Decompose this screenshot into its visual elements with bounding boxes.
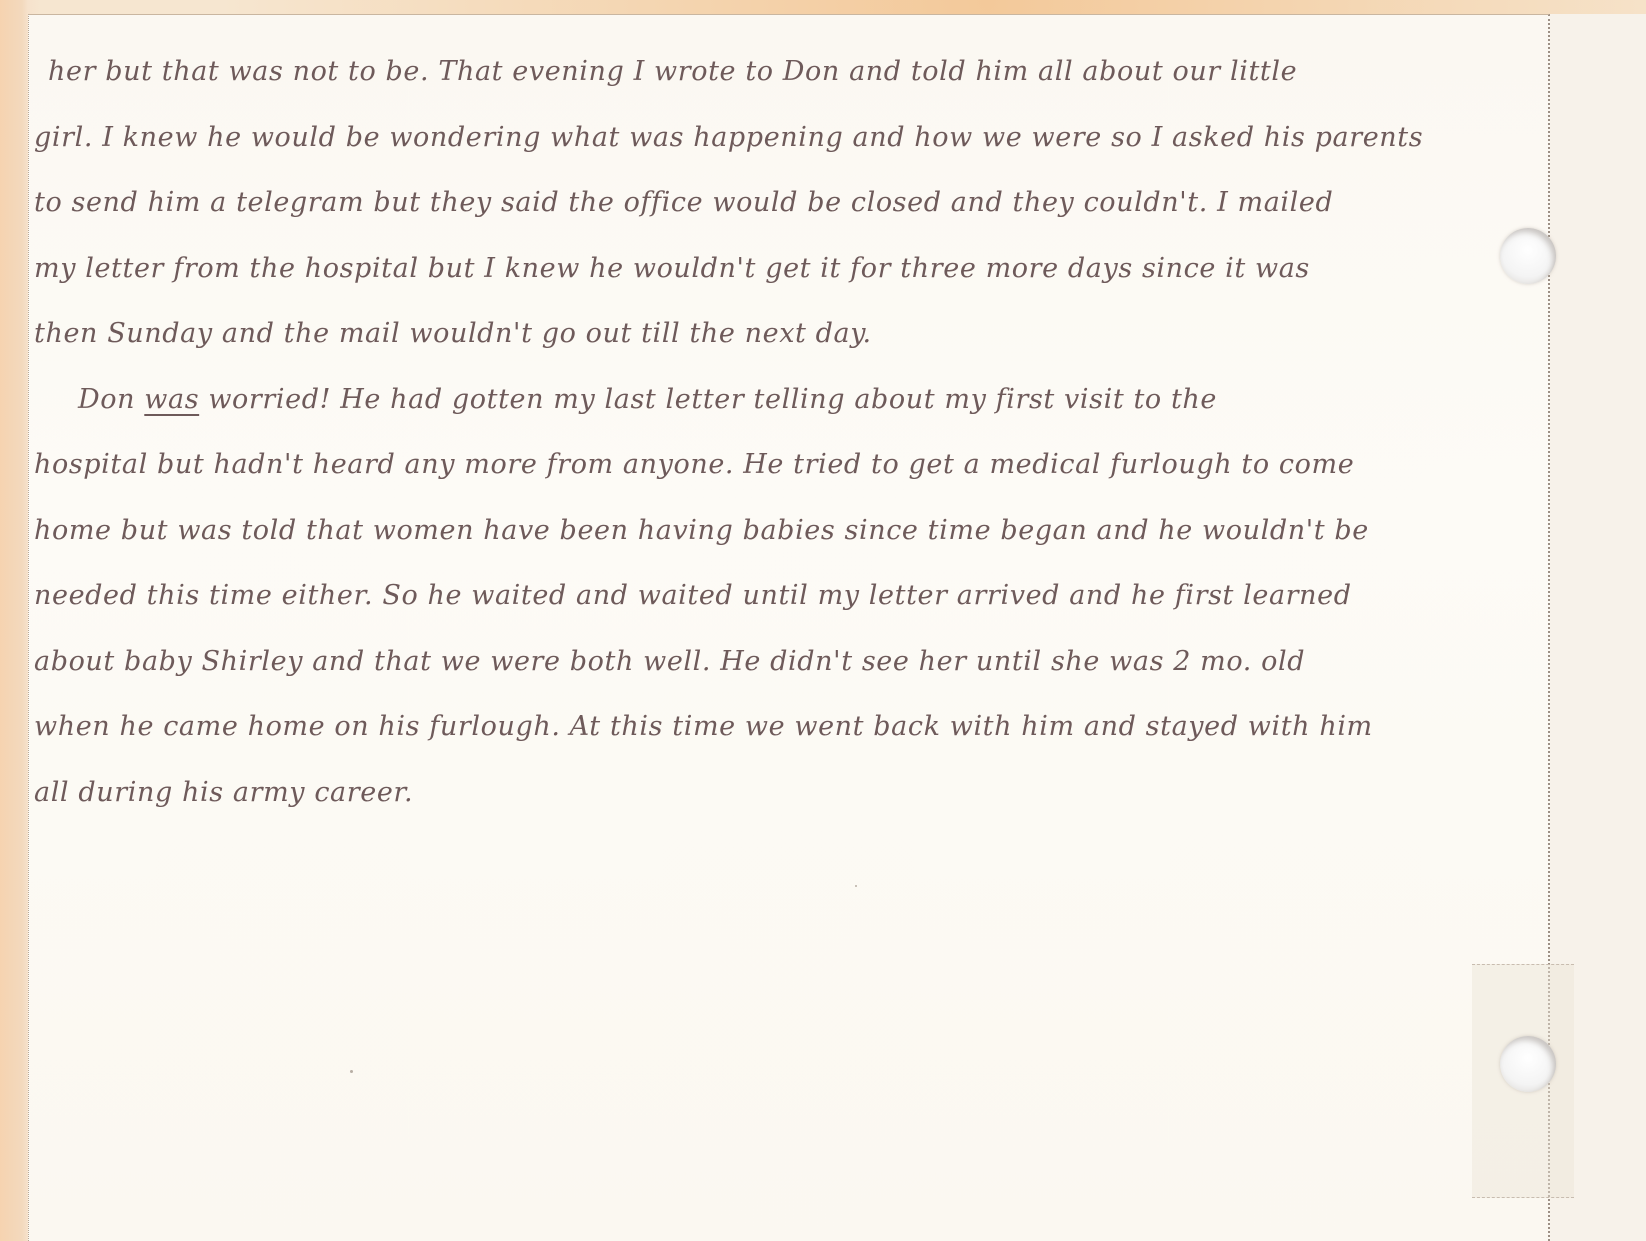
underlined-word: was	[144, 384, 199, 415]
paper-speck	[855, 885, 857, 887]
paper-speck	[350, 1070, 353, 1073]
text-line-rest: worried! He had gotten my last letter te…	[199, 384, 1217, 415]
text-line: when he came home on his furlough. At th…	[34, 697, 1504, 763]
text-line: my letter from the hospital but I knew h…	[34, 239, 1504, 305]
text-line: her but that was not to be. That evening…	[34, 42, 1504, 108]
punch-hole-top-icon	[1500, 228, 1556, 284]
name-don: Don	[78, 384, 135, 415]
punch-hole-bottom-icon	[1500, 1036, 1556, 1092]
text-line: all during his army career.	[34, 763, 1504, 829]
text-line: Don was worried! He had gotten my last l…	[34, 370, 1504, 436]
text-line: about baby Shirley and that we were both…	[34, 632, 1504, 698]
document-body: her but that was not to be. That evening…	[34, 42, 1504, 828]
text-line: home but was told that women have been h…	[34, 501, 1504, 567]
text-line: then Sunday and the mail wouldn't go out…	[34, 304, 1504, 370]
text-line: girl. I knew he would be wondering what …	[34, 108, 1504, 174]
paragraph-1: her but that was not to be. That evening…	[34, 42, 1504, 370]
text-line: needed this time either. So he waited an…	[34, 566, 1504, 632]
text-line: to send him a telegram but they said the…	[34, 173, 1504, 239]
text-line: hospital but hadn't heard any more from …	[34, 435, 1504, 501]
paragraph-2: Don was worried! He had gotten my last l…	[34, 370, 1504, 829]
